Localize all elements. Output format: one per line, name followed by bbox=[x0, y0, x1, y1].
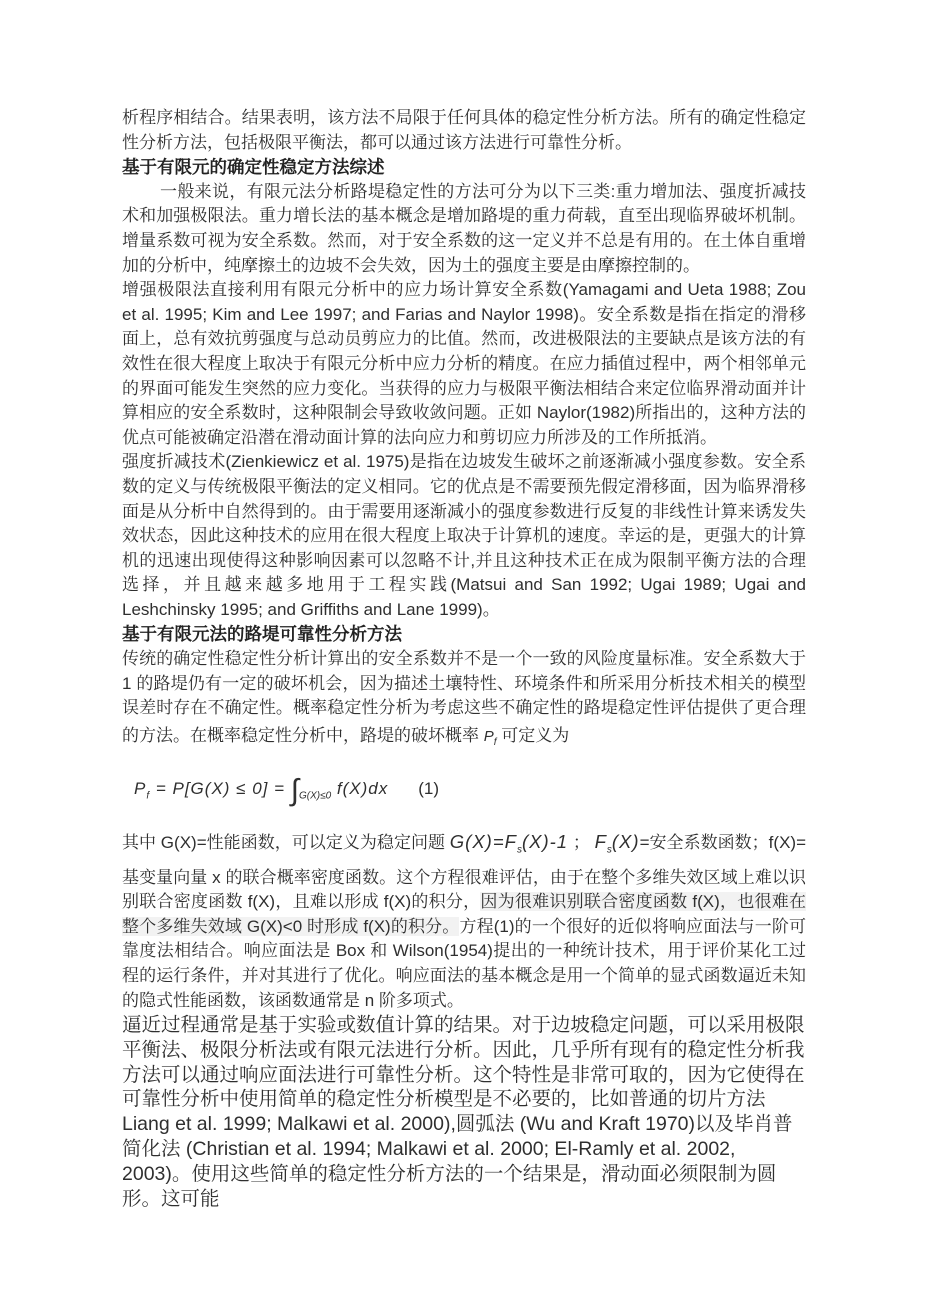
probabilistic-text-before-pf: 传统的确定性稳定性分析计算出的安全系数并不是一个一致的风险度量标准。安全系数大于… bbox=[122, 649, 806, 745]
inline-math-fsx: Fs(X) bbox=[595, 831, 640, 852]
math-gx-base: G(X)=F bbox=[450, 831, 517, 852]
heading-deterministic-stability-methods: 基于有限元的确定性稳定方法综述 bbox=[122, 155, 806, 180]
math-gx-tail: (X)-1 bbox=[522, 831, 568, 852]
paragraph-enhanced-limit-method: 增强极限法直接利用有限元分析中的应力场计算安全系数(Yamagami and U… bbox=[122, 278, 806, 450]
paragraph-performance-function: 其中 G(X)=性能函数，可以定义为稳定问题 G(X)=Fs(X)-1 ； Fs… bbox=[122, 826, 806, 1013]
math-separator: ； bbox=[568, 833, 595, 852]
inline-math-gx: G(X)=Fs(X)-1 bbox=[450, 831, 568, 852]
paragraph-probabilistic-analysis: 传统的确定性稳定性分析计算出的安全系数并不是一个一致的风险度量标准。安全系数大于… bbox=[122, 647, 806, 758]
equation-number: (1) bbox=[418, 779, 439, 798]
equation-1: Pf = P[G(X) ≤ 0] = ∫G(X)≤0 f(X)dx(1) bbox=[134, 774, 806, 808]
integral-limit: G(X)≤0 bbox=[299, 790, 331, 801]
equation-lhs: P bbox=[134, 779, 146, 798]
paragraph-three-categories: 一般来说，有限元法分析路堤稳定性的方法可分为以下三类:重力增加法、强度折减技术和… bbox=[122, 180, 806, 278]
paragraph-strength-reduction: 强度折减技术(Zienkiewicz et al. 1975)是指在边坡发生破坏… bbox=[122, 450, 806, 622]
performance-seg1: 其中 G(X)=性能函数，可以定义为稳定问题 bbox=[122, 833, 450, 852]
equation-middle: = P[G(X) ≤ 0] = bbox=[150, 779, 291, 798]
probabilistic-text-after-pf: 可定义为 bbox=[497, 726, 570, 745]
pf-symbol: Pf bbox=[484, 728, 497, 745]
heading-reliability-analysis-method: 基于有限元法的路堤可靠性分析方法 bbox=[122, 622, 806, 647]
math-fsx-base: F bbox=[595, 831, 607, 852]
integrand: f(X)dx bbox=[331, 779, 388, 798]
pf-base: P bbox=[484, 728, 494, 745]
paragraph-approximation-process: 逼近过程通常是基于实验或数值计算的结果。对于边坡稳定问题，可以采用极限平衡法、极… bbox=[122, 1013, 806, 1211]
paragraph-intro-continuation: 析程序相结合。结果表明，该方法不局限于任何具体的稳定性分析方法。所有的确定性稳定… bbox=[122, 106, 806, 155]
integral-sign: ∫ bbox=[291, 774, 299, 807]
math-fsx-tail: (X) bbox=[612, 831, 640, 852]
document-page: 析程序相结合。结果表明，该方法不局限于任何具体的稳定性分析方法。所有的确定性稳定… bbox=[0, 0, 926, 1211]
